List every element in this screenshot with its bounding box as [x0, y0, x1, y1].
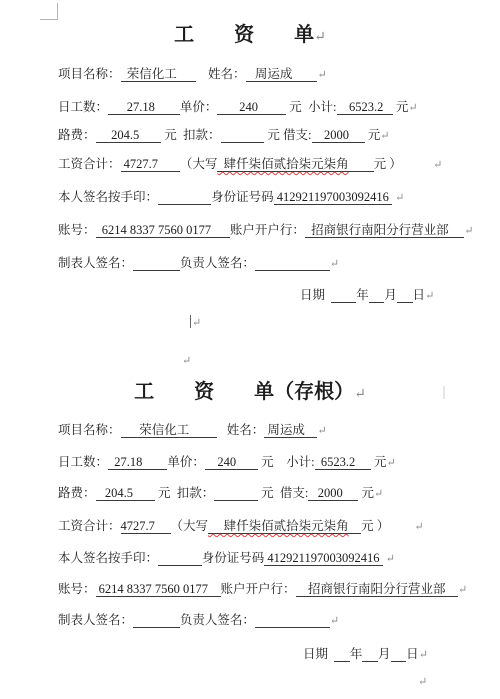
field-value: 4727.7	[121, 519, 171, 534]
blank-line	[255, 613, 330, 628]
line-break-mark: ↵	[386, 553, 395, 565]
line-break-mark: ↵	[414, 521, 423, 533]
field-label: 项目名称：	[58, 423, 121, 437]
s2-row-days: 日工数： 27.18 单价： 240 元 小计: 6523.2 元↵	[0, 454, 500, 471]
s1-row-total: 工资合计： 4727.7 （大写 肆仟柒佰贰拾柒元柒角 元 ） ↵	[0, 156, 500, 173]
field-value: 27.18	[108, 455, 167, 470]
line-break-mark: ↵	[419, 649, 428, 661]
field-label: 姓名：	[227, 423, 265, 437]
blank-line	[391, 647, 407, 662]
s1-row-fare: 路费： 204.5 元 扣款： 元 借支: 2000 元↵	[0, 127, 500, 144]
field-value: 27.18	[108, 100, 180, 115]
field-label: 元 ）	[361, 519, 389, 533]
field-value-misspelled: 肆仟柒佰贰拾柒元柒角	[208, 519, 349, 534]
s1-date-row: 日期 年 月 日↵	[0, 287, 500, 304]
field-label: 元	[365, 128, 381, 142]
line-break-mark: ↵	[314, 30, 326, 45]
field-label: 元 小计:	[258, 455, 315, 469]
spacer	[196, 67, 209, 81]
field-value: 412921197003092416	[274, 190, 392, 205]
field-label: 元 借支:	[264, 128, 311, 142]
field-label: 本人签名按手印：	[58, 190, 158, 204]
field-label: （大写	[171, 519, 209, 533]
field-label: 日	[413, 288, 426, 302]
field-value: 招商银行南阳分行营业部	[305, 223, 464, 238]
field-label: 日期	[303, 647, 334, 661]
line-break-mark: ↵	[425, 290, 434, 302]
field-label: 日工数：	[58, 455, 108, 469]
field-label: 元 借支:	[258, 486, 308, 500]
break-mark-2: ↵	[0, 352, 500, 369]
s2-row-total: 工资合计：4727.7 （大写 肆仟柒佰贰拾柒元柒角 元 ） ↵	[0, 518, 500, 535]
field-value: 2000	[312, 128, 365, 143]
section-title: 工 资 单	[174, 24, 314, 46]
field-label: 工资合计：	[58, 519, 121, 533]
s2-row-sign: 本人签名按手印： 身份证号码 412921197003092416 ↵	[0, 550, 500, 567]
line-break-mark: ↵	[418, 676, 427, 688]
field-value: 412921197003092416	[264, 551, 382, 566]
field-label: 年	[356, 288, 369, 302]
field-value: 204.5	[96, 128, 162, 143]
field-label: 路费：	[58, 128, 96, 142]
blank-line	[214, 486, 258, 501]
field-value-misspelled: 肆仟柒佰贰拾柒元柒角	[217, 157, 348, 172]
field-label: 路费：	[58, 486, 96, 500]
field-label: 月	[384, 288, 397, 302]
blank-line	[349, 519, 362, 534]
s2-row-account: 账号： 6214 8337 7560 0177 账户开户行： 招商银行南阳分行营…	[0, 581, 500, 598]
field-label: 工资合计：	[58, 157, 121, 171]
s2-date-row: 日期 年 月 日↵	[0, 646, 500, 663]
field-value: 荣信化工	[121, 67, 196, 82]
field-value: 240	[217, 100, 286, 115]
blank-line	[133, 613, 180, 628]
field-label: （大写	[180, 157, 218, 171]
spacer	[402, 157, 433, 171]
field-label: 身份证号码	[202, 551, 265, 565]
line-break-mark: ↵	[380, 130, 389, 142]
blank-line	[397, 288, 413, 303]
spacer	[389, 519, 414, 533]
line-break-mark: ↵	[317, 69, 326, 81]
blank-line	[133, 256, 180, 271]
s1-row-project: 项目名称： 荣信化工 姓名： 周运成 ↵	[0, 66, 500, 83]
line-break-mark: ↵	[330, 615, 339, 627]
break-mark-1: ↵	[0, 314, 500, 331]
blank-line	[158, 190, 211, 205]
line-break-mark: ↵	[408, 102, 417, 114]
field-label: 元	[371, 455, 387, 469]
field-label: 负责人签名：	[180, 256, 255, 270]
field-label: 单价：	[167, 455, 205, 469]
field-label: 元 小计:	[286, 100, 336, 114]
blank-line	[349, 157, 374, 172]
field-value: 6523.2	[315, 455, 371, 470]
field-label: 日	[406, 647, 419, 661]
field-value: 6214 8337 7560 0177	[96, 582, 221, 597]
line-break-mark: ↵	[387, 457, 396, 469]
field-label: 元 扣款：	[155, 486, 214, 500]
field-value: 4727.7	[121, 157, 180, 172]
field-label: 元 ）	[374, 157, 402, 171]
field-value: 2000	[308, 486, 358, 501]
blank-line	[362, 647, 378, 662]
field-label: 账户开户行：	[230, 223, 305, 237]
blank-line	[158, 551, 202, 566]
blank-line	[221, 128, 265, 143]
s1-row-sign: 本人签名按手印： 身份证号码 412921197003092416 ↵	[0, 189, 500, 206]
spacer	[217, 423, 226, 437]
section-title: 工 资 单（存根）	[134, 381, 354, 403]
field-label: 身份证号码	[211, 190, 274, 204]
field-value: 204.5	[96, 486, 155, 501]
field-label: 负责人签名：	[180, 613, 255, 627]
s2-row-preparer: 制表人签名： 负责人签名： ↵	[0, 612, 500, 629]
field-label: 年	[350, 647, 363, 661]
line-break-mark: ↵	[374, 488, 383, 500]
field-label: 元	[358, 486, 374, 500]
line-break-mark: ↵	[182, 355, 191, 367]
line-break-mark: ↵	[317, 425, 326, 437]
document-page[interactable]: 工 资 单↵项目名称： 荣信化工 姓名： 周运成 ↵日工数： 27.18 单价：…	[0, 0, 500, 699]
s1-row-days: 日工数： 27.18 单价： 240 元 小计: 6523.2 元↵	[0, 99, 500, 116]
field-label: 本人签名按手印：	[58, 551, 158, 565]
field-value: 招商银行南阳分行营业部	[296, 582, 459, 597]
blank-line	[369, 288, 385, 303]
field-label: 制表人签名：	[58, 256, 133, 270]
field-value: 周运成	[246, 67, 318, 82]
blank-line	[334, 647, 350, 662]
line-break-mark: ↵	[192, 317, 201, 329]
margin-crop-mark	[40, 3, 58, 20]
document-content: 工 资 单↵项目名称： 荣信化工 姓名： 周运成 ↵日工数： 27.18 单价：…	[0, 22, 500, 690]
s1-title: 工 资 单↵	[0, 22, 500, 51]
field-label: 元 扣款：	[161, 128, 220, 142]
s2-row-project: 项目名称： 荣信化工 姓名： 周运成 ↵	[0, 422, 500, 439]
blank-line	[331, 288, 356, 303]
field-label: 制表人签名：	[58, 613, 133, 627]
field-label: 账户开户行：	[221, 582, 296, 596]
line-break-mark: ↵	[330, 258, 339, 270]
s1-row-preparer: 制表人签名： 负责人签名： ↵	[0, 255, 500, 272]
s2-title: 工 资 单（存根）↵	[0, 379, 500, 408]
line-break-mark: ↵	[395, 192, 404, 204]
field-label: 项目名称：	[58, 67, 121, 81]
blank-line	[255, 256, 330, 271]
text-cursor	[190, 315, 191, 328]
field-value: 240	[205, 455, 258, 470]
field-label: 月	[378, 647, 391, 661]
field-value: 周运成	[264, 423, 317, 438]
field-value: 荣信化工	[121, 423, 218, 438]
field-label: 账号：	[58, 582, 96, 596]
line-break-mark: ↵	[433, 159, 442, 171]
field-label: 日期	[300, 288, 331, 302]
line-break-mark: ↵	[464, 225, 473, 237]
end-mark: ↵	[0, 673, 500, 690]
field-label: 日工数：	[58, 100, 108, 114]
field-value: 6523.2	[337, 100, 393, 115]
line-break-mark: ↵	[354, 387, 366, 402]
line-break-mark: ↵	[458, 584, 467, 596]
field-label: 元	[393, 100, 409, 114]
s2-row-fare: 路费： 204.5 元 扣款： 元 借支: 2000 元↵	[0, 485, 500, 502]
field-value: 6214 8337 7560 0177	[96, 223, 230, 238]
s1-row-account: 账号： 6214 8337 7560 0177 账户开户行： 招商银行南阳分行营…	[0, 222, 500, 239]
field-label: 姓名：	[208, 67, 246, 81]
field-label: 单价：	[180, 100, 218, 114]
field-label: 账号：	[58, 223, 96, 237]
